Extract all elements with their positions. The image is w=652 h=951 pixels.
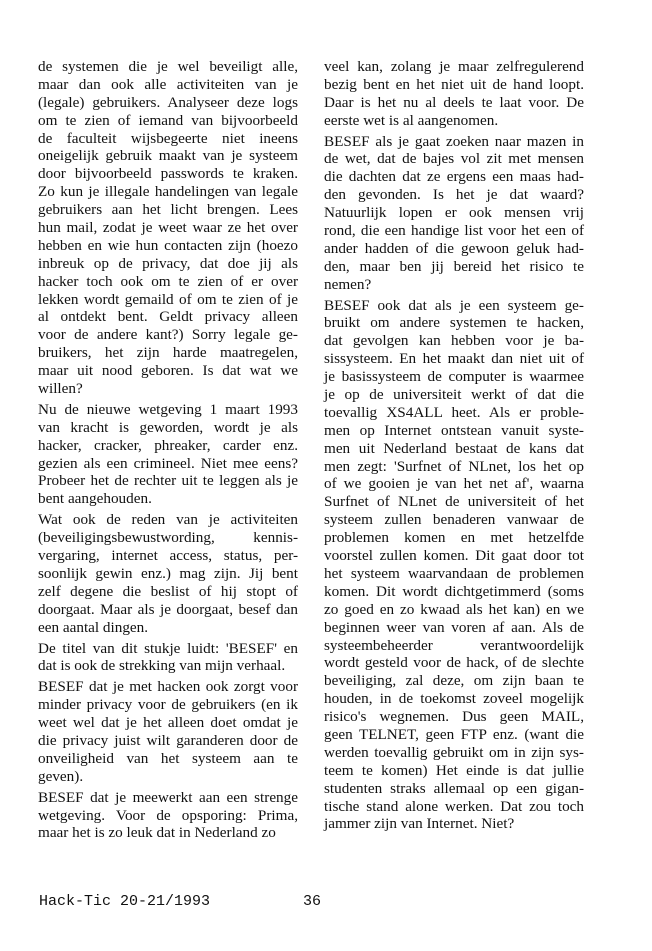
text-line: hebben en wie hun contacten zijn (hoezo: [38, 237, 298, 255]
paragraph: BESEF als je gaat zoeken naar mazen inde…: [324, 133, 584, 294]
text-line: om te zien of iemand van bijvoorbeeld: [38, 112, 298, 130]
text-line: Probeer het de rechter uit te leggen als…: [38, 472, 298, 490]
text-line: beveiliging, zal deze, om zijn baan te: [324, 672, 584, 690]
text-line: eerste wet is al aangenomen.: [324, 112, 584, 130]
text-line: gezien als een crimineel. Niet mee eens?: [38, 455, 298, 473]
text-line: beginnen weer van voren af aan. Als de: [324, 619, 584, 637]
text-line: Zo kun je illegale handelingen van legal…: [38, 183, 298, 201]
text-line: wetgeving. Voor de opsporing: Prima,: [38, 807, 298, 825]
text-line: een aantal dingen.: [38, 619, 298, 637]
text-line: minder privacy voor de gebruikers (en ik: [38, 696, 298, 714]
text-line: De titel van dit stukje luidt: 'BESEF' e…: [38, 640, 298, 658]
text-line: geen TELNET, geen FTP enz. (want die: [324, 726, 584, 744]
text-line: soonlijk gewin enz.) mag zijn. Jij bent: [38, 565, 298, 583]
text-line: onveiligheid van het systeem aan te: [38, 750, 298, 768]
text-line: Wat ook de reden van je activiteiten: [38, 511, 298, 529]
text-line: oneigelijk gebruik maakt van je systeem: [38, 147, 298, 165]
text-line: geven).: [38, 768, 298, 786]
text-line: vergaring, internet access, status, per-: [38, 547, 298, 565]
text-line: maar dan ook alle activiteiten van je: [38, 76, 298, 94]
text-line: risico's wegnemen. Dus geen MAIL,: [324, 708, 584, 726]
paragraph: Nu de nieuwe wetgeving 1 maart 1993van k…: [38, 401, 298, 508]
paragraph: BESEF dat je meewerkt aan een strengewet…: [38, 789, 298, 843]
text-line: inbreuk op de privacy, dat doe jij als: [38, 255, 298, 273]
page-number: 36: [303, 893, 321, 910]
text-line: bruikt om andere systemen te hacken,: [324, 314, 584, 332]
text-line: komen. Dit wordt dichtgetimmerd (soms: [324, 583, 584, 601]
text-line: men op Internet ontstean vanuit syste-: [324, 422, 584, 440]
text-line: BESEF als je gaat zoeken naar mazen in: [324, 133, 584, 151]
text-line: nemen?: [324, 276, 584, 294]
paragraph: De titel van dit stukje luidt: 'BESEF' e…: [38, 640, 298, 676]
text-line: Surfnet of NLnet de universiteit of het: [324, 493, 584, 511]
text-line: systeembeheerder verantwoordelijk: [324, 637, 584, 655]
text-line: BESEF dat je meewerkt aan een strenge: [38, 789, 298, 807]
text-line: teem te komen) Het einde is dat jullie: [324, 762, 584, 780]
text-line: bruikers, het zijn harde maatregelen,: [38, 344, 298, 362]
text-line: tische stand alone werken. Dat zou toch: [324, 798, 584, 816]
text-line: BESEF ook dat als je een systeem ge-: [324, 297, 584, 315]
left-column: de systemen die je wel beveiligt alle,ma…: [38, 58, 298, 845]
paragraph: veel kan, zolang je maar zelfregulerendb…: [324, 58, 584, 130]
text-line: voor de andere kant?) Sorry legale ge-: [38, 326, 298, 344]
text-line: door bijvoorbeeld passwords te kraken.: [38, 165, 298, 183]
text-line: men uit Nederland bestaat de kans dat: [324, 440, 584, 458]
text-line: dat is ook de strekking van mijn verhaal…: [38, 657, 298, 675]
paragraph: Wat ook de reden van je activiteiten(bev…: [38, 511, 298, 636]
text-line: de systemen die je wel beveiligt alle,: [38, 58, 298, 76]
text-line: gebruikers aan het licht brengen. Lees: [38, 201, 298, 219]
text-line: Natuurlijk lopen er ook mensen vrij: [324, 204, 584, 222]
text-line: wordt gesteld voor de hack, of de slecht…: [324, 654, 584, 672]
text-line: maar het is zo leuk dat in Nederland zo: [38, 824, 298, 842]
text-line: toevallig XS4ALL heet. Als er proble-: [324, 404, 584, 422]
text-line: sissysteem. En het maakt dan niet uit of: [324, 350, 584, 368]
text-line: je basissysteem de computer is waarmee: [324, 368, 584, 386]
text-line: hacker, cracker, phreaker, carder enz.: [38, 437, 298, 455]
text-line: zo goed en zo kwaad als het kan) en we: [324, 601, 584, 619]
text-line: de faculteit wijsbegeerte niet ineens: [38, 130, 298, 148]
paragraph: BESEF ook dat als je een systeem ge-brui…: [324, 297, 584, 834]
text-line: studenten straks allemaal op een gigan-: [324, 780, 584, 798]
text-line: ander hadden of die gewoon geluk had-: [324, 240, 584, 258]
text-line: hun mail, zodat je weet waar ze het over: [38, 219, 298, 237]
text-line: weet wel dat je het alleen doet omdat je: [38, 714, 298, 732]
paragraph: BESEF dat je met hacken ook zorgt voormi…: [38, 678, 298, 785]
footer-publication: Hack-Tic 20-21/1993: [39, 893, 210, 910]
text-line: (legale) gebruikers. Analyseer deze logs: [38, 94, 298, 112]
paragraph: de systemen die je wel beveiligt alle,ma…: [38, 58, 298, 398]
text-line: van kracht is geworden, wordt je als: [38, 419, 298, 437]
text-line: hacker toch ook om te zien of er over: [38, 273, 298, 291]
text-line: of we gooien je van het net af', waarna: [324, 475, 584, 493]
text-line: (beveiligingsbewustwording, kennis-: [38, 529, 298, 547]
text-line: den gevonden. Is het je dat waard?: [324, 186, 584, 204]
text-line: bent aangehouden.: [38, 490, 298, 508]
text-line: doorgaat. Maar als je doorgaat, besef da…: [38, 601, 298, 619]
text-line: de wet, dat de bajes vol zit met mensen: [324, 150, 584, 168]
text-line: problemen komen en met hetzelfde: [324, 529, 584, 547]
text-line: werden toevallig gebruikt om in zijn sys…: [324, 744, 584, 762]
text-line: systeem zullen benaderen vanwaar de: [324, 511, 584, 529]
text-line: willen?: [38, 380, 298, 398]
document-page: de systemen die je wel beveiligt alle,ma…: [0, 0, 652, 951]
text-line: houden, in de toekomst zoveel mogelijk: [324, 690, 584, 708]
text-line: men zegt: 'Surfnet of NLnet, los het op: [324, 458, 584, 476]
text-line: veel kan, zolang je maar zelfregulerend: [324, 58, 584, 76]
text-line: die privacy juist wilt garanderen door d…: [38, 732, 298, 750]
text-line: BESEF dat je met hacken ook zorgt voor: [38, 678, 298, 696]
text-line: den, maar ben jij bereid het risico te: [324, 258, 584, 276]
text-line: het systeem waarvandaan de problemen: [324, 565, 584, 583]
text-line: bezig bent en het niet uit de hand loopt…: [324, 76, 584, 94]
text-line: voorstel zullen komen. Dit gaat door tot: [324, 547, 584, 565]
text-line: jammer zijn van Internet. Niet?: [324, 815, 584, 833]
text-line: die dachten dat ze ergens een maas had-: [324, 168, 584, 186]
text-line: dat gevolgen kan hebben voor je ba-: [324, 332, 584, 350]
text-line: al ontdekt bent. Geldt privacy alleen: [38, 308, 298, 326]
text-line: je op de universiteit werkt of dat die: [324, 386, 584, 404]
text-line: zelf degene die beslist of hij stopt of: [38, 583, 298, 601]
text-line: rond, die een handige list voor het een …: [324, 222, 584, 240]
text-line: maar uit nood geboren. Is dat wat we: [38, 362, 298, 380]
right-column: veel kan, zolang je maar zelfregulerendb…: [324, 58, 584, 836]
text-line: lekken wordt gemaild of om te zien of je: [38, 291, 298, 309]
text-line: Nu de nieuwe wetgeving 1 maart 1993: [38, 401, 298, 419]
text-line: Daar is het nu al deels te laat voor. De: [324, 94, 584, 112]
